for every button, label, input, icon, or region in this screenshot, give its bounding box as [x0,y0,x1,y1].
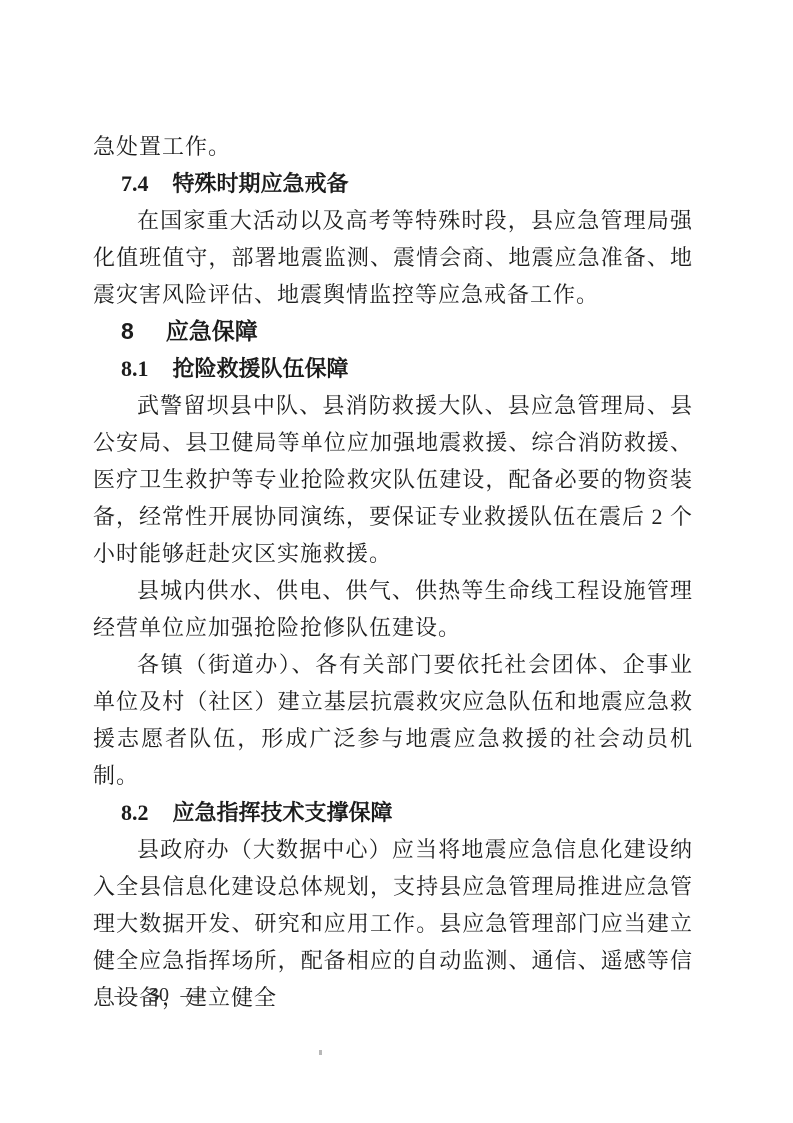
page-number-value: 30 [149,984,169,1007]
subsection-heading: 7.4特殊时期应急戒备 [93,165,693,202]
heading-number: 8.2 [121,794,149,831]
heading-title: 应急指挥技术支撑保障 [173,800,393,825]
document-content: 急处置工作。7.4特殊时期应急戒备在国家重大活动以及高考等特殊时段，县应急管理局… [93,128,693,1016]
document-page: 急处置工作。7.4特殊时期应急戒备在国家重大活动以及高考等特殊时段，县应急管理局… [0,0,793,1123]
subsection-heading: 8.1抢险救援队伍保障 [93,350,693,387]
body-paragraph: 武警留坝县中队、县消防救援大队、县应急管理局、县公安局、县卫健局等单位应加强地震… [93,387,693,572]
heading-number: 7.4 [121,165,149,202]
body-paragraph: 县城内供水、供电、供气、供热等生命线工程设施管理经营单位应加强抢险抢修队伍建设。 [93,572,693,646]
page-number-dash-right: — [181,984,204,1007]
body-paragraph: 在国家重大活动以及高考等特殊时段，县应急管理局强化值班值守，部署地震监测、震情会… [93,202,693,313]
heading-number: 8.1 [121,350,149,387]
section-heading: 8应急保障 [93,313,693,350]
heading-number: 8 [121,313,134,350]
heading-title: 抢险救援队伍保障 [173,356,349,381]
heading-title: 特殊时期应急戒备 [173,171,349,196]
subsection-heading: 8.2应急指挥技术支撑保障 [93,794,693,831]
scan-speck [319,1050,322,1055]
body-paragraph: 各镇（街道办）、各有关部门要依托社会团体、企事业单位及村（社区）建立基层抗震救灾… [93,646,693,794]
heading-title: 应急保障 [166,318,258,344]
page-number-dash-left: — [115,984,138,1007]
page-number: — 30 — [116,984,202,1007]
paragraph-continuation: 急处置工作。 [93,128,693,165]
